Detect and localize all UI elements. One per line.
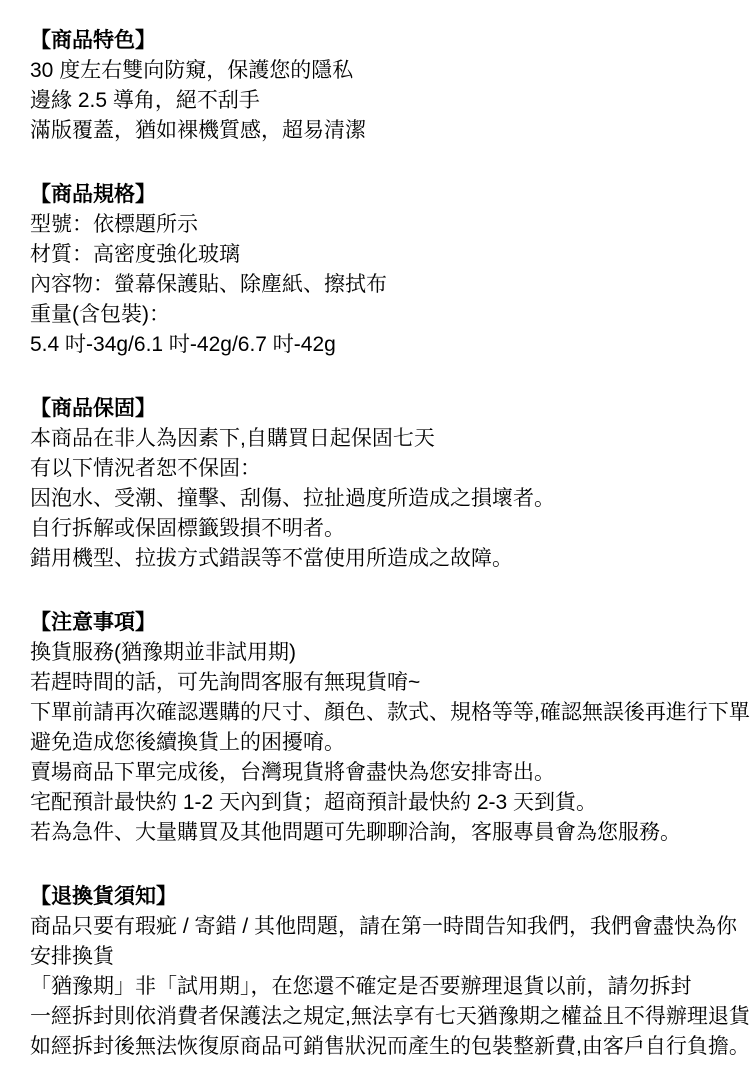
text-line: 「猶豫期」非「試用期」，在您還不確定是否要辦理退貨以前，請勿拆封 — [30, 972, 750, 1002]
text-line: 避免造成您後續換貨上的困擾唷。 — [30, 728, 750, 758]
section-title-product-specs: 【商品規格】 — [30, 180, 750, 210]
text-line: 型號：依標題所示 — [30, 210, 750, 240]
section-return-policy: 【退換貨須知】 商品只要有瑕疵 / 寄錯 / 其他問題，請在第一時間告知我們，我… — [30, 882, 750, 1062]
text-line: 5.4 吋-34g/6.1 吋-42g/6.7 吋-42g — [30, 330, 750, 360]
text-line: 本商品在非人為因素下,自購買日起保固七天 — [30, 424, 750, 454]
text-line: 一經拆封則依消費者保護法之規定,無法享有七天猶豫期之權益且不得辦理退貨 — [30, 1002, 750, 1032]
text-line: 錯用機型、拉拔方式錯誤等不當使用所造成之故障。 — [30, 544, 750, 574]
text-line: 滿版覆蓋，猶如裸機質感，超易清潔 — [30, 116, 750, 146]
text-line: 下單前請再次確認選購的尺寸、顏色、款式、規格等等,確認無誤後再進行下單， — [30, 698, 750, 728]
text-line: 因泡水、受潮、撞擊、刮傷、拉扯過度所造成之損壞者。 — [30, 484, 750, 514]
text-line: 賣場商品下單完成後，台灣現貨將會盡快為您安排寄出。 — [30, 758, 750, 788]
text-line: 商品只要有瑕疵 / 寄錯 / 其他問題，請在第一時間告知我們，我們會盡快為你 — [30, 912, 750, 942]
text-line: 邊緣 2.5 導角，絕不刮手 — [30, 86, 750, 116]
text-line: 有以下情況者恕不保固： — [30, 454, 750, 484]
text-line: 安排換貨 — [30, 942, 750, 972]
text-line: 材質：高密度強化玻璃 — [30, 240, 750, 270]
text-line: 自行拆解或保固標籤毀損不明者。 — [30, 514, 750, 544]
section-title-return-policy: 【退換貨須知】 — [30, 882, 750, 912]
text-line: 換貨服務(猶豫期並非試用期) — [30, 638, 750, 668]
section-product-features: 【商品特色】 30 度左右雙向防窺，保護您的隱私 邊緣 2.5 導角，絕不刮手 … — [30, 26, 750, 146]
section-title-notes: 【注意事項】 — [30, 608, 750, 638]
text-line: 如經拆封後無法恢復原商品可銷售狀況而產生的包裝整新費,由客戶自行負擔。 — [30, 1032, 750, 1062]
section-product-warranty: 【商品保固】 本商品在非人為因素下,自購買日起保固七天 有以下情況者恕不保固： … — [30, 394, 750, 574]
text-line: 30 度左右雙向防窺，保護您的隱私 — [30, 56, 750, 86]
text-line: 重量(含包裝)： — [30, 300, 750, 330]
product-description-page: 【商品特色】 30 度左右雙向防窺，保護您的隱私 邊緣 2.5 導角，絕不刮手 … — [0, 0, 750, 1070]
section-product-specs: 【商品規格】 型號：依標題所示 材質：高密度強化玻璃 內容物：螢幕保護貼、除塵紙… — [30, 180, 750, 360]
section-notes: 【注意事項】 換貨服務(猶豫期並非試用期) 若趕時間的話，可先詢問客服有無現貨唷… — [30, 608, 750, 848]
text-line: 宅配預計最快約 1-2 天內到貨；超商預計最快約 2-3 天到貨。 — [30, 788, 750, 818]
section-title-product-warranty: 【商品保固】 — [30, 394, 750, 424]
section-title-product-features: 【商品特色】 — [30, 26, 750, 56]
text-line: 若為急件、大量購買及其他問題可先聊聊洽詢，客服專員會為您服務。 — [30, 818, 750, 848]
text-line: 內容物：螢幕保護貼、除塵紙、擦拭布 — [30, 270, 750, 300]
text-line: 若趕時間的話，可先詢問客服有無現貨唷~ — [30, 668, 750, 698]
